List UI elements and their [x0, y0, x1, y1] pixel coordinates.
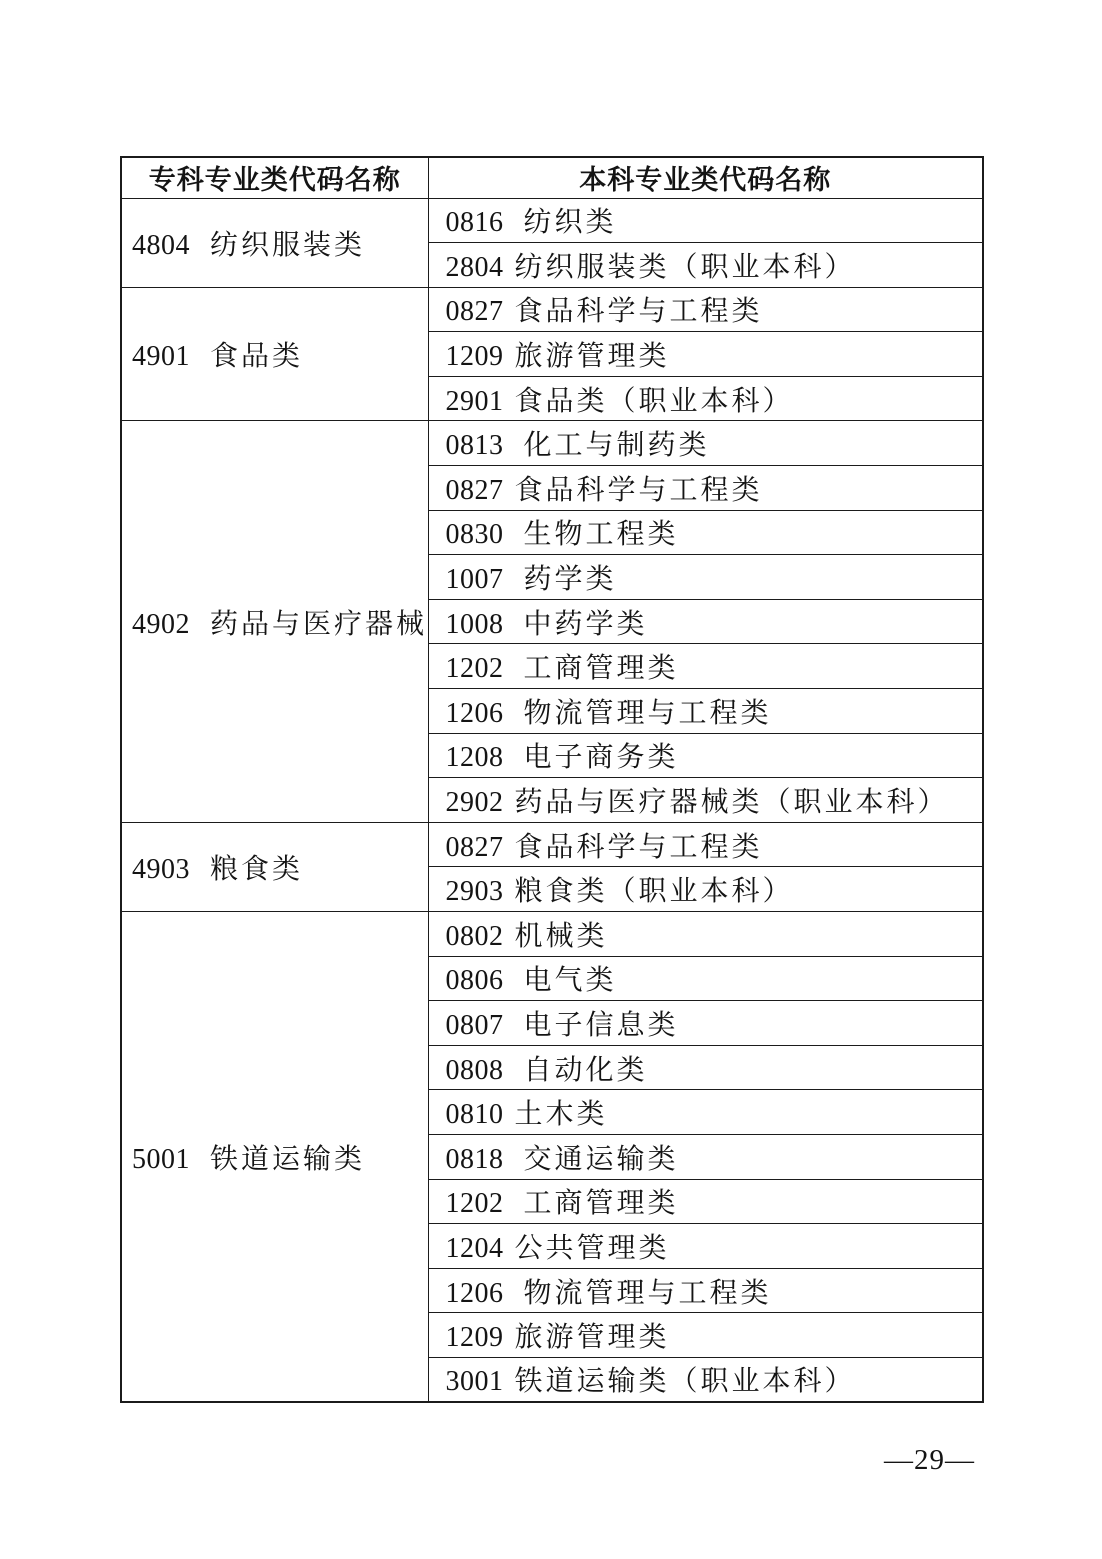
item-code: 0827	[446, 832, 504, 863]
item-code: 1204	[446, 1233, 504, 1264]
item-name: 食品科学与工程类	[515, 832, 763, 863]
item-cell: 2804纺织服装类（职业本科）	[428, 243, 983, 288]
header-row: 专科专业类代码名称 本科专业类代码名称	[121, 157, 983, 198]
item-cell: 1202工商管理类	[428, 1179, 983, 1224]
group-cell: 4901食品类	[121, 287, 428, 421]
document-page: 专科专业类代码名称 本科专业类代码名称 4804纺织服装类0816纺织类2804…	[0, 0, 1102, 1559]
group-cell: 4903粮食类	[121, 822, 428, 911]
item-code: 1008	[446, 609, 504, 640]
item-name: 公共管理类	[515, 1233, 670, 1264]
group-code: 5001	[132, 1144, 190, 1175]
item-code: 2804	[446, 252, 504, 283]
item-code: 0827	[446, 475, 504, 506]
group-name: 铁道运输类	[210, 1144, 365, 1175]
item-code: 0816	[446, 207, 504, 238]
table-row: 4903粮食类0827食品科学与工程类	[121, 822, 983, 867]
item-name: 交通运输类	[524, 1144, 679, 1175]
item-code: 1007	[446, 564, 504, 595]
item-name: 粮食类（职业本科）	[515, 876, 794, 907]
item-code: 1209	[446, 1322, 504, 1353]
item-name: 工商管理类	[524, 653, 679, 684]
item-code: 0830	[446, 519, 504, 550]
item-cell: 1008中药学类	[428, 599, 983, 644]
item-cell: 1206物流管理与工程类	[428, 1268, 983, 1313]
table-row: 4804纺织服装类0816纺织类	[121, 198, 983, 243]
item-cell: 2903粮食类（职业本科）	[428, 867, 983, 912]
group-cell: 5001铁道运输类	[121, 912, 428, 1403]
item-code: 0813	[446, 430, 504, 461]
item-code: 0827	[446, 296, 504, 327]
item-code: 0802	[446, 921, 504, 952]
item-code: 0810	[446, 1099, 504, 1130]
item-cell: 1007药学类	[428, 555, 983, 600]
group-cell: 4902药品与医疗器械类	[121, 421, 428, 822]
item-cell: 0827食品科学与工程类	[428, 287, 983, 332]
item-cell: 3001铁道运输类（职业本科）	[428, 1357, 983, 1402]
item-name: 药品与医疗器械类（职业本科）	[515, 787, 949, 818]
item-cell: 0808自动化类	[428, 1045, 983, 1090]
group-code: 4804	[132, 230, 190, 261]
item-cell: 0802机械类	[428, 912, 983, 957]
column-header-benke: 本科专业类代码名称	[428, 157, 983, 198]
item-code: 0806	[446, 965, 504, 996]
item-name: 物流管理与工程类	[524, 698, 772, 729]
item-cell: 1202工商管理类	[428, 644, 983, 689]
item-name: 化工与制药类	[524, 430, 710, 461]
item-name: 旅游管理类	[515, 341, 670, 372]
item-cell: 1206物流管理与工程类	[428, 689, 983, 734]
item-code: 1208	[446, 742, 504, 773]
group-code: 4901	[132, 341, 190, 372]
item-code: 1202	[446, 653, 504, 684]
item-code: 1206	[446, 1278, 504, 1309]
item-name: 土木类	[515, 1099, 608, 1130]
item-name: 铁道运输类（职业本科）	[515, 1366, 856, 1397]
item-code: 0807	[446, 1010, 504, 1041]
item-name: 纺织类	[524, 207, 617, 238]
item-code: 1202	[446, 1188, 504, 1219]
item-name: 工商管理类	[524, 1188, 679, 1219]
item-code: 2901	[446, 386, 504, 417]
item-cell: 0810土木类	[428, 1090, 983, 1135]
item-cell: 2902药品与医疗器械类（职业本科）	[428, 778, 983, 823]
group-name: 食品类	[210, 341, 303, 372]
item-name: 食品科学与工程类	[515, 296, 763, 327]
group-name: 药品与医疗器械类	[210, 609, 428, 640]
item-name: 食品类（职业本科）	[515, 386, 794, 417]
major-code-table: 专科专业类代码名称 本科专业类代码名称 4804纺织服装类0816纺织类2804…	[120, 156, 984, 1403]
group-name: 纺织服装类	[210, 230, 365, 261]
item-name: 电子信息类	[524, 1010, 679, 1041]
item-code: 3001	[446, 1366, 504, 1397]
item-name: 电子商务类	[524, 742, 679, 773]
item-code: 1206	[446, 698, 504, 729]
item-name: 旅游管理类	[515, 1322, 670, 1353]
item-cell: 0806电气类	[428, 956, 983, 1001]
item-name: 纺织服装类（职业本科）	[515, 252, 856, 283]
item-code: 0808	[446, 1055, 504, 1086]
item-name: 食品科学与工程类	[515, 475, 763, 506]
table-header: 专科专业类代码名称 本科专业类代码名称	[121, 157, 983, 198]
table-row: 4902药品与医疗器械类0813化工与制药类	[121, 421, 983, 466]
item-name: 生物工程类	[524, 519, 679, 550]
item-cell: 2901食品类（职业本科）	[428, 376, 983, 421]
item-cell: 0827食品科学与工程类	[428, 466, 983, 511]
item-cell: 0827食品科学与工程类	[428, 822, 983, 867]
item-code: 0818	[446, 1144, 504, 1175]
item-code: 2902	[446, 787, 504, 818]
table-row: 5001铁道运输类0802机械类	[121, 912, 983, 957]
item-cell: 1208电子商务类	[428, 733, 983, 778]
table-body: 4804纺织服装类0816纺织类2804纺织服装类（职业本科）4901食品类08…	[121, 198, 983, 1402]
page-number: —29—	[884, 1444, 975, 1477]
item-name: 机械类	[515, 921, 608, 952]
item-cell: 1209旅游管理类	[428, 332, 983, 377]
column-header-zhuanke: 专科专业类代码名称	[121, 157, 428, 198]
group-code: 4902	[132, 609, 190, 640]
group-cell: 4804纺织服装类	[121, 198, 428, 287]
item-code: 1209	[446, 341, 504, 372]
item-cell: 0830生物工程类	[428, 510, 983, 555]
item-name: 电气类	[524, 965, 617, 996]
item-cell: 1209旅游管理类	[428, 1313, 983, 1358]
item-cell: 0813化工与制药类	[428, 421, 983, 466]
item-cell: 0807电子信息类	[428, 1001, 983, 1046]
item-cell: 0818交通运输类	[428, 1134, 983, 1179]
item-name: 自动化类	[524, 1055, 648, 1086]
item-cell: 0816纺织类	[428, 198, 983, 243]
item-code: 2903	[446, 876, 504, 907]
item-cell: 1204公共管理类	[428, 1224, 983, 1269]
group-name: 粮食类	[210, 854, 303, 885]
item-name: 药学类	[524, 564, 617, 595]
table-row: 4901食品类0827食品科学与工程类	[121, 287, 983, 332]
group-code: 4903	[132, 854, 190, 885]
item-name: 中药学类	[524, 609, 648, 640]
item-name: 物流管理与工程类	[524, 1278, 772, 1309]
